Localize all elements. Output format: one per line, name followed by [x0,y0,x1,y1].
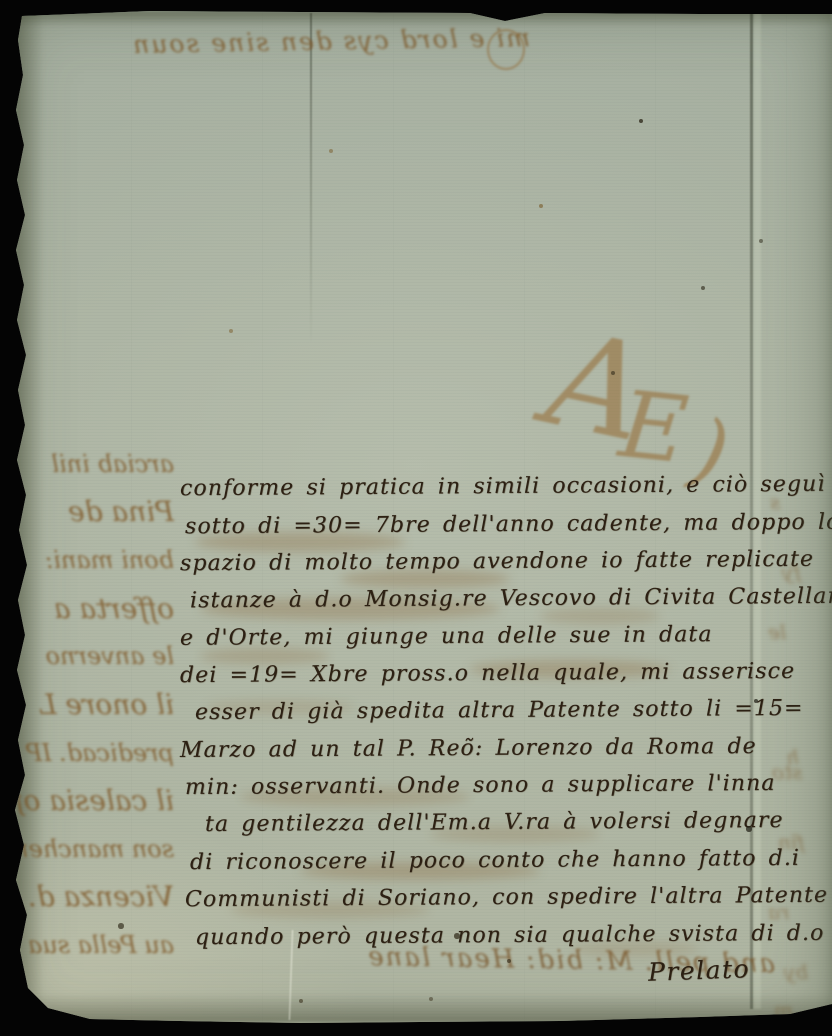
showthrough-line: il onore L [18,686,174,724]
monogram-letter-e: E [615,371,693,484]
manuscript-line: sotto di =30= 7bre dell'anno cadente, ma… [185,510,832,540]
showthrough-line: offerta a [18,590,174,628]
showthrough-mark: sto [772,760,802,784]
showthrough-line: arciab inil [18,448,174,480]
faded-ink-monogram: A E ) [542,316,762,491]
manuscript-line: Communisti di Soriano, con spedire l'alt… [185,883,828,912]
manuscript-line: dei =19= Xbre pross.o nella quale, mi as… [180,659,795,688]
scanned-manuscript-screenshot: { "colors": { "scan_background": "#04040… [0,0,832,1036]
manuscript-line: esser di già spedita altra Patente sotto… [195,696,804,725]
showthrough-line: predicad. IP Rei [18,737,174,769]
showthrough-line: Vicenza d. j. [18,878,174,916]
showthrough-mark: le [768,620,786,644]
foxing-specks [0,0,2,2]
manuscript-line: ta gentilezza dell'Em.a V.ra à volersi d… [205,808,784,837]
ink-flourish-ring [487,29,525,70]
showthrough-line: boni mani: [18,544,174,576]
manuscript-closing-word: Prelato [648,954,751,987]
paper-sheet: mi e lord cys den sine soun arciab inil … [0,0,832,1036]
manuscript-line: spazio di molto tempo avendone io fatte … [180,547,814,576]
manuscript-line: conforme si pratica in simili occasioni,… [180,472,826,502]
manuscript-line: quando però questa non sia qualche svist… [195,921,825,950]
manuscript-line: istanze à d.o Monsig.re Vescovo di Civit… [190,584,832,614]
showthrough-top-docket: mi e lord cys den sine soun [200,23,530,58]
manuscript-line: e d'Orte, mi giunge una delle sue in dat… [180,622,713,651]
manuscript-line: Marzo ad un tal P. Reõ: Lorenzo da Roma … [180,734,757,763]
manuscript-line: di riconoscere il poco conto che hanno f… [190,846,800,875]
showthrough-line: Pina de [18,493,174,531]
manuscript-line: min: osservanti. Onde sono a supplicare … [185,771,776,800]
showthrough-line: au Pella sua [18,929,174,961]
showthrough-line: il calesia of [18,782,174,820]
showthrough-line: le anverno [18,640,174,672]
showthrough-mark: by [784,960,808,984]
upper-center-crease [310,13,312,343]
showthrough-mark: m [774,998,793,1022]
showthrough-line: son mancher, lil [18,833,174,865]
showthrough-left-margin: arciab inil Pina de boni mani: offerta a… [18,448,174,1013]
